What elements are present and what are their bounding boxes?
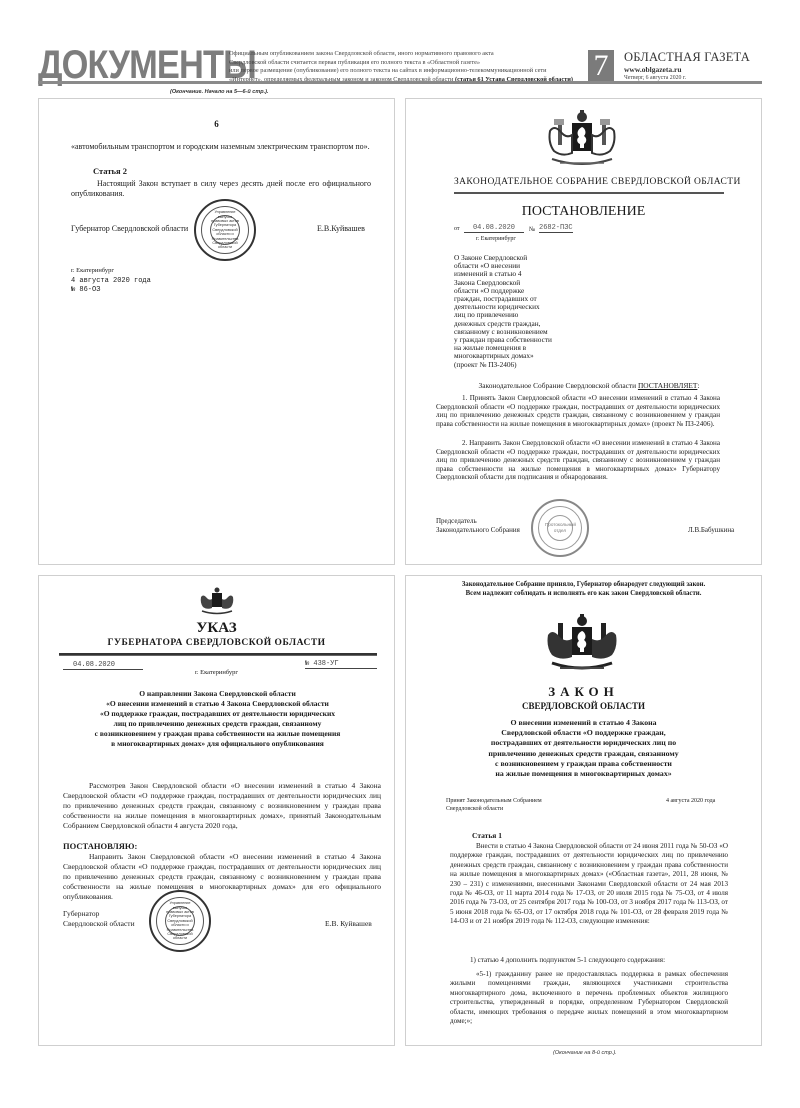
header-divider — [38, 81, 762, 84]
subject-line: (проект № ПЗ-2406) — [454, 361, 552, 369]
title-line: в многоквартирных домах» для официальног… — [49, 739, 386, 749]
signer-name: Е.В.Куйвашев — [317, 224, 365, 234]
continuation-note-top: (Окончание. Начало на 5—6-й стр.). — [170, 89, 268, 95]
masthead: ДОКУМЕНТЫ Официальным опубликованием зак… — [38, 48, 762, 84]
article-item-text: «5-1) гражданину ранее не предоставлялас… — [450, 970, 728, 1026]
date-prefix: от — [454, 226, 460, 232]
region: СВЕРДЛОВСКОЙ ОБЛАСТИ — [406, 701, 761, 711]
law-date: 4 августа 2020 года — [71, 277, 151, 285]
resolution-number: 2682-ПЗС — [539, 224, 573, 233]
header-rule — [59, 653, 377, 656]
decree-word: ПОСТАНОВЛЯЮ: — [63, 841, 137, 851]
publication-note: Официальным опубликованием закона Свердл… — [229, 50, 589, 84]
signer-role: Председатель Законодательного Собрания — [436, 517, 520, 535]
decree-title: О направлении Закона Свердловской област… — [49, 689, 386, 749]
decree-intro: Законодательное Собрание Свердловской об… — [454, 381, 724, 390]
title-line: О внесении изменений в статью 4 Закона — [406, 718, 761, 728]
document-type: ЗАКОН — [406, 684, 761, 700]
quote-text: «автомобильным транспортом и городским н… — [71, 142, 371, 152]
official-stamp: Управление выпуска правовых актов Губерн… — [149, 890, 211, 952]
title-line: привлечению денежных средств граждан, св… — [406, 749, 761, 759]
title-line: Свердловской области «О поддержке гражда… — [406, 728, 761, 738]
continuation-note-bottom: (Окончание на 8-й стр.). — [553, 1050, 617, 1056]
law-number: № 86-ОЗ — [71, 286, 100, 294]
resolution-item-1: 1. Принять Закон Свердловской области «О… — [436, 394, 720, 428]
document-type: ПОСТАНОВЛЕНИЕ — [406, 204, 761, 220]
organization-name: ЗАКОНОДАТЕЛЬНОЕ СОБРАНИЕ СВЕРДЛОВСКОЙ ОБ… — [454, 177, 741, 187]
city: г. Екатеринбург — [39, 669, 394, 676]
decree-body: Направить Закон Свердловской области «О … — [63, 852, 381, 902]
title-line: лиц по привлечению денежных средств граж… — [49, 719, 386, 729]
title-line: на жилые помещения в многоквартирных дом… — [406, 769, 761, 779]
title-line: «О внесении изменений в статью 4 Закона … — [49, 699, 386, 709]
issuer: ГУБЕРНАТОРА СВЕРДЛОВСКОЙ ОБЛАСТИ — [39, 638, 394, 648]
signer-name: Л.В.Бабушкина — [688, 526, 734, 534]
signer-role: Губернатор Свердловской области — [71, 224, 188, 234]
article-text: Настоящий Закон вступает в силу через де… — [71, 179, 371, 200]
resolution-item-2: 2. Направить Закон Свердловской области … — [436, 439, 720, 482]
law-panel: Законодательное Собрание приняло, Губерн… — [405, 575, 762, 1046]
page-marker: 6 — [39, 119, 394, 129]
document-type: УКАЗ — [39, 620, 394, 637]
number-prefix: № — [529, 226, 535, 233]
decree-preamble: Рассмотрев Закон Свердловской области «О… — [63, 781, 381, 831]
section-title: ДОКУМЕНТЫ — [38, 45, 256, 85]
adopted-by: Принят Законодательным Собранием Свердло… — [446, 798, 542, 813]
article-heading: Статья 2 — [93, 166, 127, 176]
coat-of-arms-icon — [197, 586, 237, 616]
coat-of-arms-icon — [542, 109, 622, 169]
decree-number: № 438-УГ — [305, 660, 377, 669]
coat-of-arms-icon — [542, 610, 622, 676]
adopted-date: 4 августа 2020 года — [666, 798, 715, 804]
article-text: Внести в статью 4 Закона Свердловской об… — [450, 842, 728, 927]
page-number: 7 — [588, 50, 614, 81]
title-line: с возникновением у граждан права собстве… — [406, 759, 761, 769]
title-line: с возникновением у граждан права собстве… — [49, 729, 386, 739]
resolution-panel: ЗАКОНОДАТЕЛЬНОЕ СОБРАНИЕ СВЕРДЛОВСКОЙ ОБ… — [405, 98, 762, 565]
title-line: «О поддержке граждан, пострадавших от де… — [49, 709, 386, 719]
title-line: пострадавших от деятельности юридических… — [406, 738, 761, 748]
resolution-date: 04.08.2020 — [464, 224, 524, 233]
decree-panel: УКАЗ ГУБЕРНАТОРА СВЕРДЛОВСКОЙ ОБЛАСТИ 04… — [38, 575, 395, 1046]
city: г. Екатеринбург — [71, 267, 114, 274]
law-title: О внесении изменений в статью 4 ЗаконаСв… — [406, 718, 761, 779]
newspaper-url[interactable]: www.oblgazeta.ru — [624, 65, 682, 74]
article-heading: Статья 1 — [472, 831, 502, 840]
signer-role: Губернатор Свердловской области — [63, 909, 135, 929]
title-line: О направлении Закона Свердловской област… — [49, 689, 386, 699]
law-preamble: Законодательное Собрание приняло, Губерн… — [406, 581, 761, 598]
resolution-subject: О Законе Свердловскойобласти «О внесении… — [454, 254, 552, 369]
protocol-stamp: Протокольный отдел — [531, 499, 589, 557]
signer-name: Е.В. Куйвашев — [325, 919, 372, 928]
article-item: 1) статью 4 дополнить подпунктом 5-1 сле… — [470, 956, 665, 964]
official-stamp: Управление выпуска правовых актов Губерн… — [194, 199, 256, 261]
newspaper-name: ОБЛАСТНАЯ ГАЗЕТА — [624, 50, 750, 65]
law-ending-panel: 6 «автомобильным транспортом и городским… — [38, 98, 395, 565]
org-underline — [454, 192, 724, 194]
city: г. Екатеринбург — [476, 236, 516, 242]
